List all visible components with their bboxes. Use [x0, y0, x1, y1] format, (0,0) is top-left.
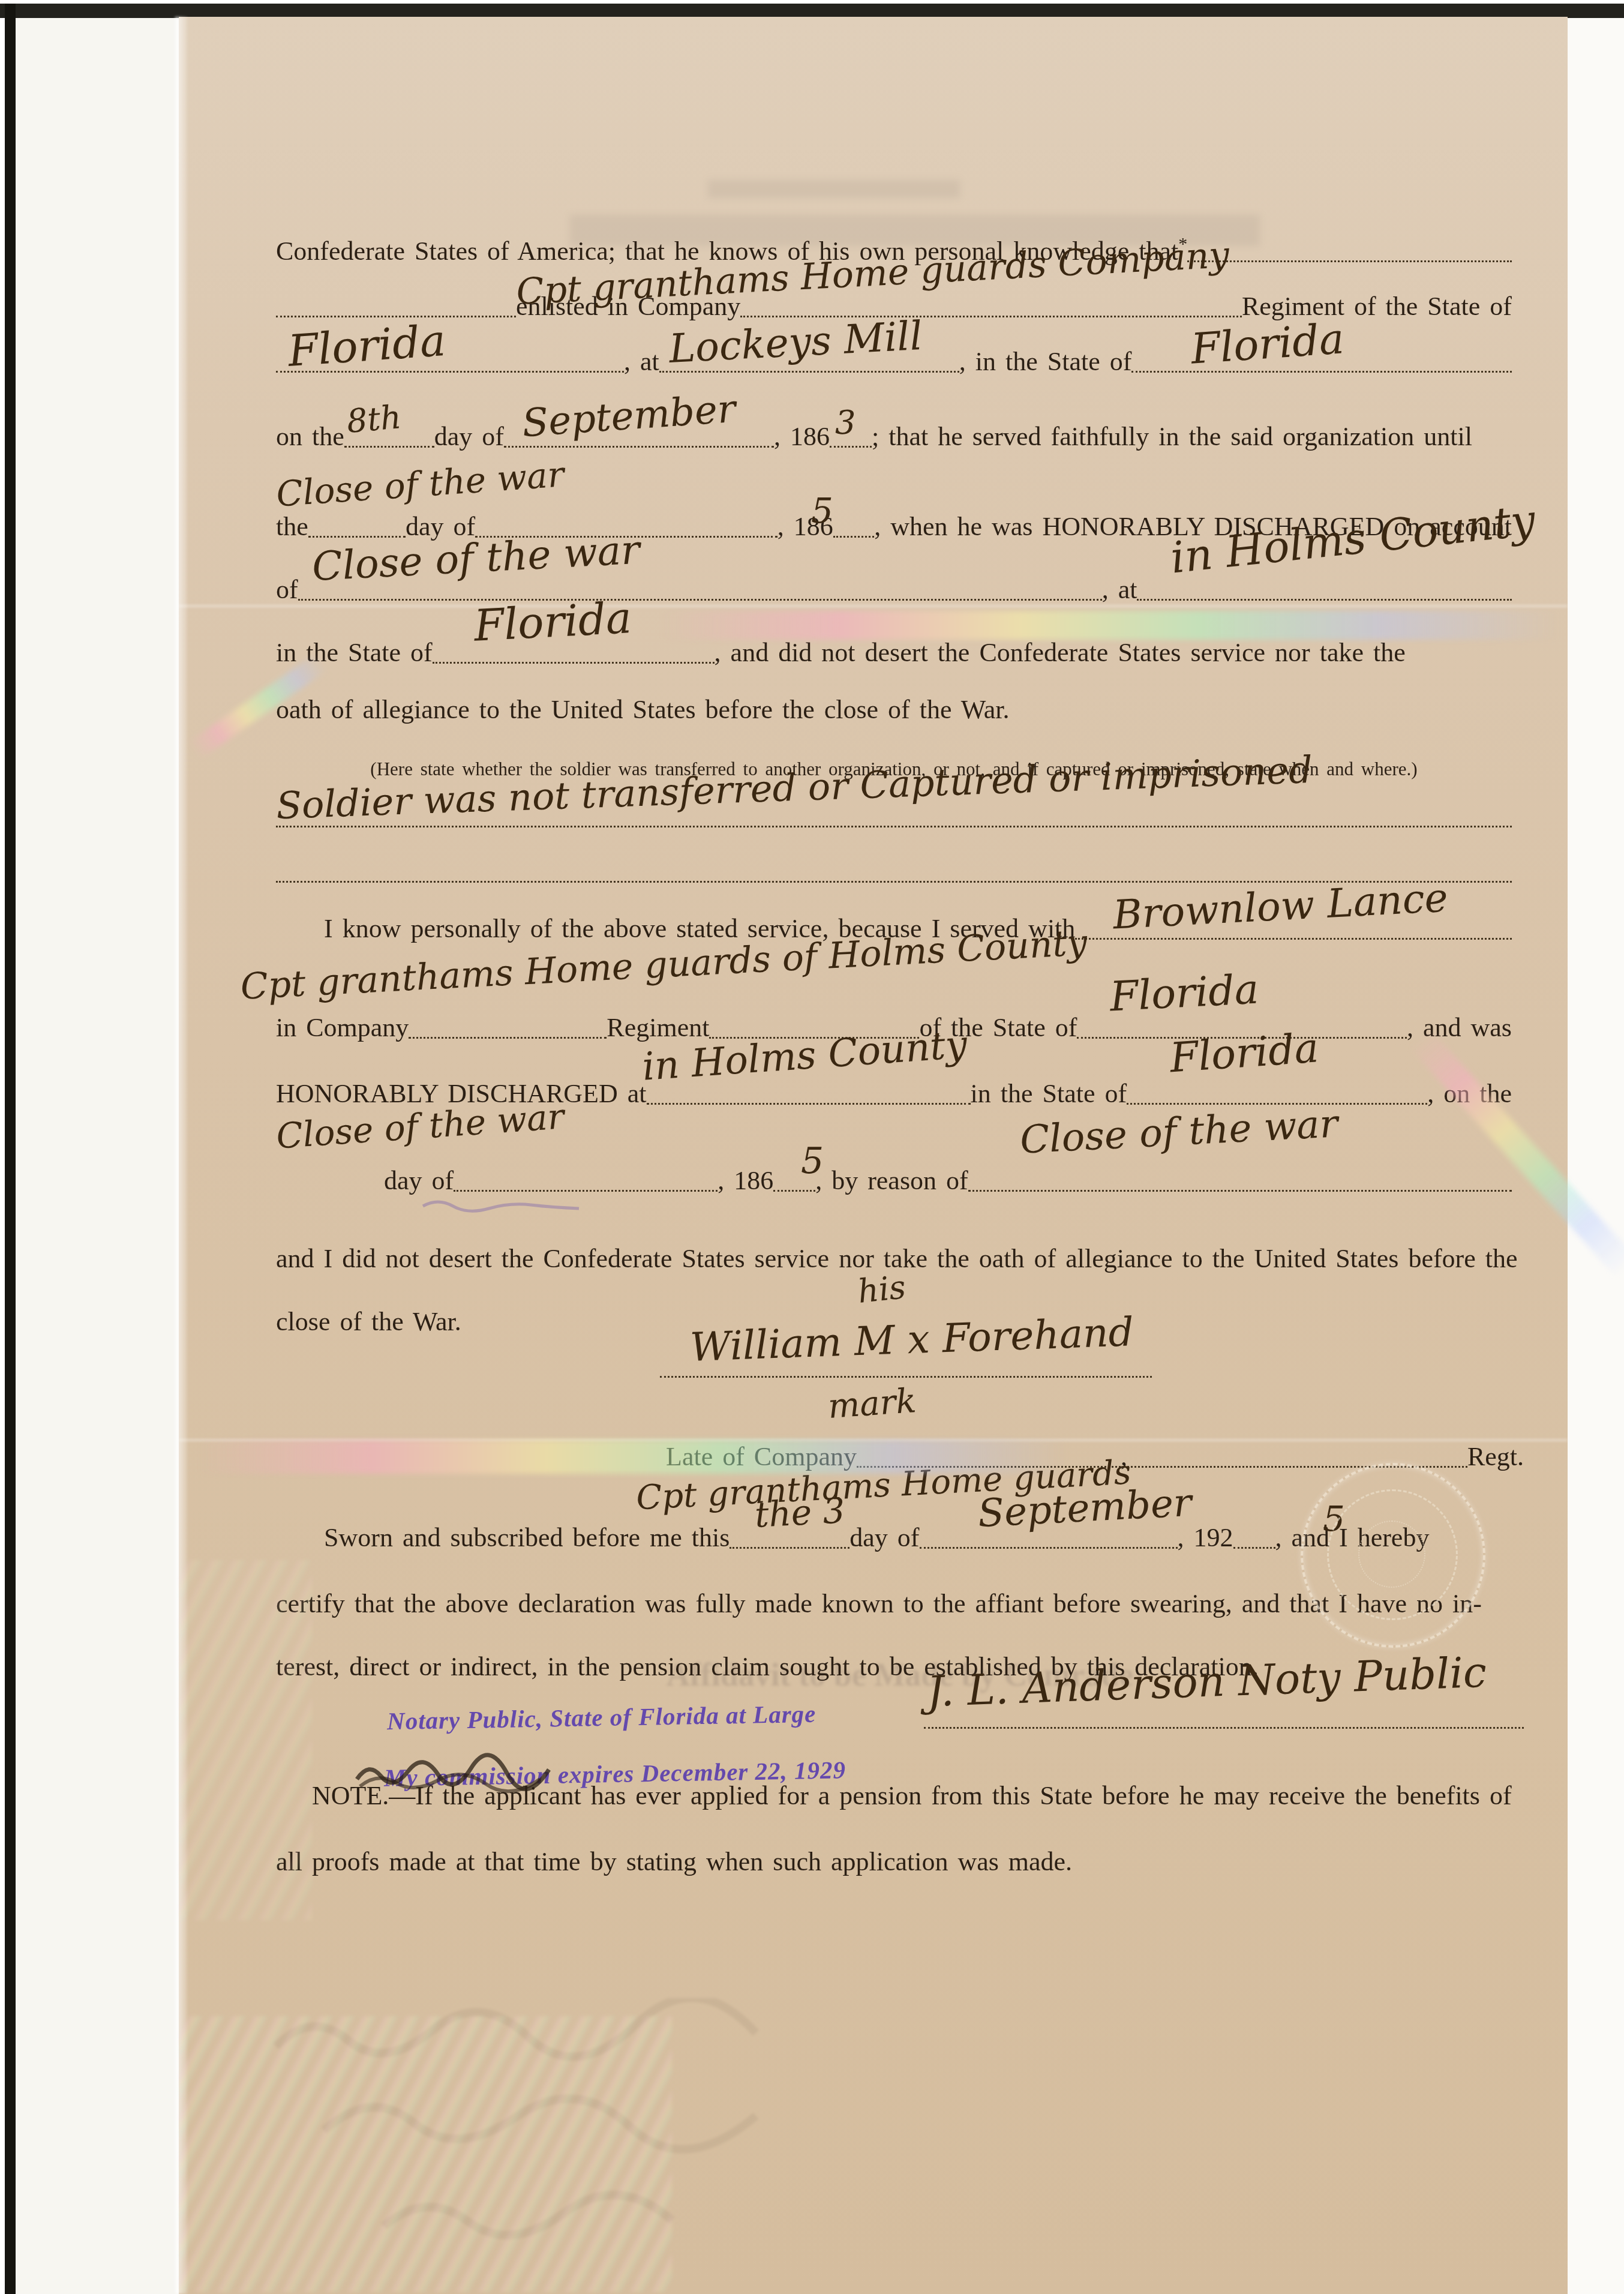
scan-left-edge — [5, 4, 16, 2294]
scanned-pension-affidavit: Affidavit to be Made by Comrade Confeder… — [0, 0, 1624, 2294]
printed-text: all proofs made at that time by stating … — [276, 1846, 1072, 1881]
handwritten-state: Florida — [1190, 317, 1346, 370]
iridescent-streak-cluster — [180, 1560, 312, 1920]
handwritten-day: the 3 — [754, 1493, 846, 1533]
handwritten-day: 8th — [346, 401, 403, 438]
printed-text: ; that he served faithfully in the said … — [872, 421, 1472, 455]
printed-text: close of the War. — [276, 1306, 461, 1341]
printed-text: oath of allegiance to the United States … — [276, 694, 1009, 728]
dotted-rule — [830, 446, 872, 448]
iridescent-streak-cluster — [180, 2016, 672, 2292]
printed-text: on the — [276, 421, 344, 455]
right-backing-strip — [1568, 18, 1624, 2294]
printed-text: , 186 — [774, 421, 830, 455]
ink-scribble — [354, 1749, 558, 1797]
dotted-rule — [924, 1727, 1524, 1729]
dotted-rule — [773, 1190, 815, 1192]
purple-smudge — [420, 1191, 600, 1221]
printed-text: , by reason of — [815, 1165, 968, 1200]
printed-text: , 186 — [718, 1165, 773, 1200]
handwritten-state: Florida — [1109, 970, 1259, 1018]
iridescent-streak — [198, 1440, 1068, 1474]
dotted-rule — [660, 1376, 1152, 1378]
seal-center — [1358, 1521, 1425, 1588]
dotted-rule — [833, 536, 874, 538]
dotted-rule — [504, 446, 774, 448]
plastic-sleeve-edge — [175, 17, 187, 2294]
dotted-rule — [298, 599, 1102, 601]
dotted-rule — [276, 826, 1512, 827]
printed-text: , at — [1102, 574, 1137, 608]
printed-text: , and did not desert the Confederate Sta… — [715, 637, 1406, 671]
printed-text: the — [276, 511, 308, 545]
dotted-rule — [1131, 371, 1512, 373]
printed-text: Sworn and subscribed before me this — [324, 1522, 730, 1557]
printed-text: , in the State of — [959, 346, 1132, 380]
printed-text: , at — [624, 346, 659, 380]
printed-text: Regt. — [1467, 1441, 1524, 1476]
iridescent-streak — [660, 611, 1560, 640]
dotted-rule — [433, 662, 715, 664]
dotted-rule — [730, 1547, 849, 1549]
handwritten-year-digit: 5 — [801, 1143, 824, 1179]
handwritten-state: Florida — [1169, 1028, 1320, 1079]
printed-text: day of — [849, 1522, 919, 1557]
printed-text: certify that the above declaration was f… — [276, 1588, 1482, 1623]
handwritten-year-digit: 5 — [811, 493, 833, 528]
dotted-rule — [409, 1037, 607, 1039]
dotted-rule — [1233, 1547, 1275, 1549]
dotted-rule — [344, 446, 434, 448]
printed-text: of — [276, 574, 298, 608]
dotted-rule — [968, 1190, 1512, 1192]
dotted-rule — [1075, 938, 1512, 940]
handwritten-state: Florida — [473, 596, 632, 647]
handwritten-month: September — [977, 1484, 1193, 1534]
handwritten-state: Florida — [287, 319, 447, 373]
dotted-rule — [647, 1103, 971, 1105]
printed-text: , 192 — [1178, 1522, 1233, 1557]
notary-embossed-seal — [1301, 1463, 1485, 1648]
printed-text: in the State of — [971, 1078, 1127, 1112]
scan-top-edge — [0, 4, 1624, 18]
handwritten-mark: mark — [827, 1384, 917, 1424]
printed-text: in Company — [276, 1012, 409, 1046]
dotted-rule — [920, 1547, 1178, 1549]
line-enlist-date: on the day of , 186 ; that he served fai… — [276, 417, 1512, 455]
ghost-heading-bleedthrough — [708, 180, 960, 198]
backing-sheet — [16, 18, 179, 2294]
handwritten-year-digit: 3 — [835, 407, 855, 439]
dotted-rule — [659, 371, 959, 373]
handwritten-his: his — [856, 1271, 907, 1308]
line-oath-allegiance: oath of allegiance to the United States … — [276, 690, 1512, 728]
dotted-rule — [740, 316, 1242, 317]
printed-text: day of — [434, 421, 504, 455]
line-all-proofs: all proofs made at that time by stating … — [276, 1842, 1512, 1881]
dotted-rule — [1137, 599, 1512, 601]
dotted-rule — [308, 536, 406, 538]
dotted-rule — [1187, 260, 1512, 262]
dotted-rule — [276, 316, 516, 317]
